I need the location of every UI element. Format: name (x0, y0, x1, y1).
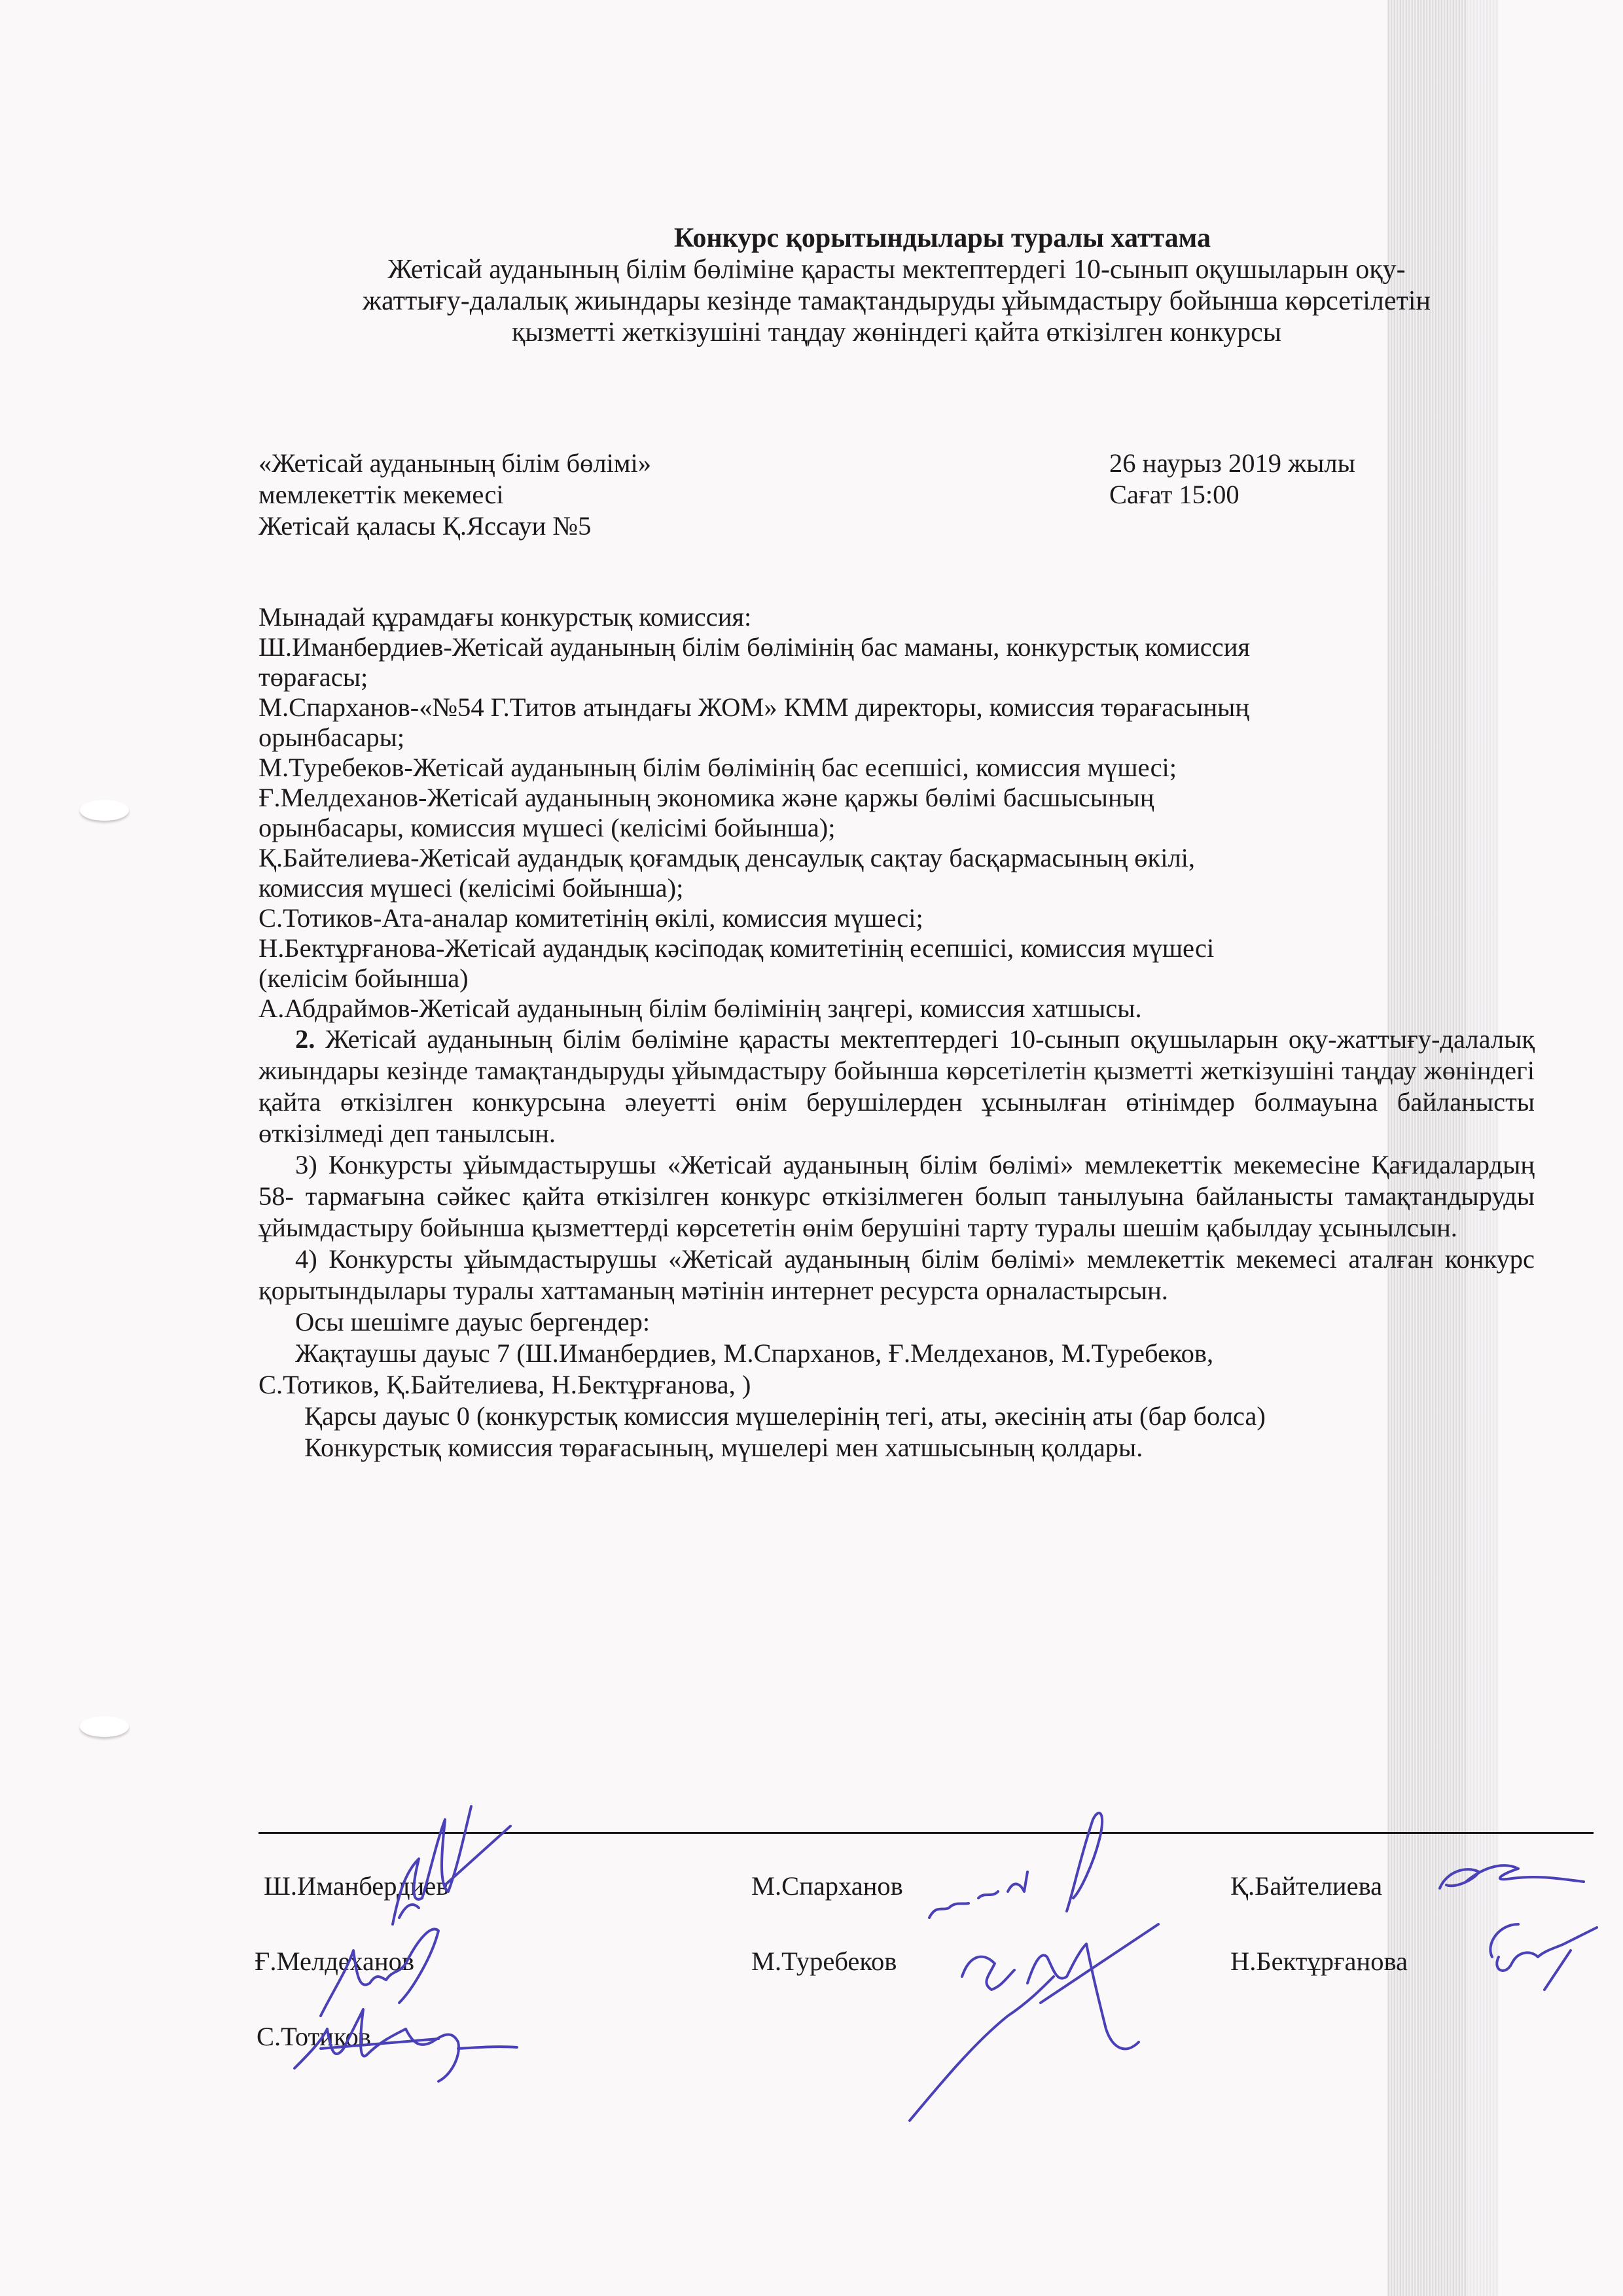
commission-member-line: Қ.Байтелиева-Жетісай аудандық қоғамдық д… (259, 843, 1535, 873)
decision-paragraph-2: 2. Жетісай ауданының білім бөліміне қара… (259, 1024, 1535, 1149)
decision-paragraph-3: 3) Конкурсты ұйымдастырушы «Жетісай ауда… (259, 1149, 1535, 1244)
commission-member-line: орынбасары; (259, 723, 1535, 753)
commission-member-line: М.Туребеков-Жетісай ауданының білім бөлі… (259, 753, 1535, 783)
document-header-meta: «Жетісай ауданының білім бөлімі» мемлеке… (259, 448, 1535, 545)
commission-member-line: Н.Бектұрғанова-Жетісай аудандық кәсіпода… (259, 933, 1535, 963)
commission-member-line: орынбасары, комиссия мүшесі (келісімі бо… (259, 813, 1535, 843)
decision-text: Жетісай ауданының білім бөліміне қарасты… (259, 1024, 1535, 1148)
commission-member-line: А.Абдраймов-Жетісай ауданының білім бөлі… (259, 994, 1535, 1024)
voting-section: Осы шешімге дауыс бергендер: Жақтаушы да… (259, 1306, 1535, 1463)
commission-member-line: С.Тотиков-Ата-аналар комитетінің өкілі, … (259, 903, 1535, 933)
signature-ink-totikov (281, 2003, 596, 2108)
signatory-name: Қ.Байтелиева (1230, 1872, 1382, 1901)
date-time-block: 26 наурыз 2019 жылы Сағат 15:00 (1109, 448, 1355, 511)
organizer-block: «Жетісай ауданының білім бөлімі» мемлеке… (259, 448, 651, 542)
decision-number: 2. (295, 1024, 315, 1054)
signatory-name: М.Спарханов (751, 1872, 903, 1901)
subtitle-line: жаттығу-далалық жиындары кезінде тамақта… (259, 285, 1535, 317)
document-page: Конкурс қорытындылары туралы хаттама Жет… (259, 223, 1535, 1463)
organizer-line: мемлекеттік мекемесі (259, 479, 651, 511)
signatory-name: М.Туребеков (751, 1947, 897, 1976)
signatory-name: Н.Бектұрғанова (1230, 1947, 1408, 1976)
commission-member-line: төрағасы; (259, 662, 1535, 692)
decision-paragraph-4: 4) Конкурсты ұйымдастырушы «Жетісай ауда… (259, 1244, 1535, 1306)
commission-member-line: Ш.Иманбердиев-Жетісай ауданының білім бө… (259, 632, 1535, 662)
votes-against-line: Қарсы дауыс 0 (конкурстық комиссия мүшел… (259, 1401, 1535, 1432)
votes-for-line: С.Тотиков, Қ.Байтелиева, Н.Бектұрғанова,… (259, 1369, 1535, 1401)
commission-member-line: комиссия мүшесі (келісімі бойынша); (259, 873, 1535, 903)
commission-intro: Мынадай құрамдағы конкурстық комиссия: (259, 602, 1535, 632)
signature-ink-baitelieva (1427, 1852, 1597, 1911)
signature-ink-bekturganova (1472, 1911, 1616, 1996)
commission-member-line: Ғ.Мелдеханов-Жетісай ауданының экономика… (259, 783, 1535, 813)
signature-ink-turebekov-tail (903, 1950, 1073, 2134)
meeting-time: Сағат 15:00 (1109, 479, 1355, 511)
organizer-line: «Жетісай ауданының білім бөлімі» (259, 448, 651, 479)
document-title: Конкурс қорытындылары туралы хаттама (259, 223, 1535, 254)
document-subtitle: Жетісай ауданының білім бөліміне қарасты… (259, 254, 1535, 348)
subtitle-line: қызметті жеткізушіні таңдау жөніндегі қа… (259, 317, 1535, 348)
meeting-date: 26 наурыз 2019 жылы (1109, 448, 1355, 479)
subtitle-line: Жетісай ауданының білім бөліміне қарасты… (259, 254, 1535, 285)
organizer-line: Жетісай қаласы Қ.Яссауи №5 (259, 511, 651, 542)
votes-for-line: Жақтаушы дауыс 7 (Ш.Иманбердиев, М.Спарх… (259, 1338, 1535, 1369)
punch-hole (80, 1716, 129, 1737)
commission-section: Мынадай құрамдағы конкурстық комиссия: Ш… (259, 602, 1535, 1024)
commission-member-line: М.Спарханов-«№54 Г.Титов атындағы ЖОМ» К… (259, 692, 1535, 723)
voting-intro: Осы шешімге дауыс бергендер: (259, 1306, 1535, 1338)
signatures-intro: Конкурстық комиссия төрағасының, мүшелер… (259, 1432, 1535, 1463)
commission-member-line: (келісім бойынша) (259, 963, 1535, 994)
punch-hole (80, 800, 129, 821)
